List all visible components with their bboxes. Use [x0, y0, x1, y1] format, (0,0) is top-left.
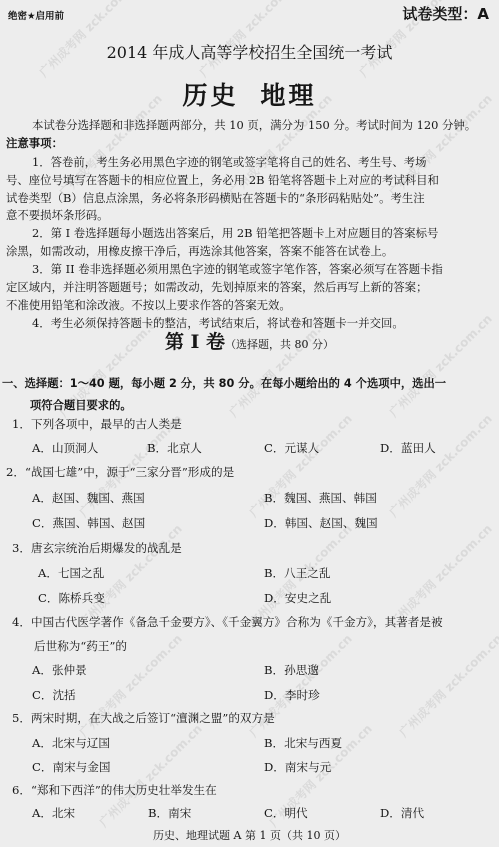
option-a: A．北宋与辽国	[32, 735, 110, 751]
exam-title: 2014 年成人高等学校招生全国统一考试	[0, 40, 499, 63]
option-a: A．赵国、魏国、燕国	[32, 490, 145, 506]
section-instruction-cont: 项符合题目要求的。	[30, 397, 132, 413]
notes-line: 2．第 I 卷选择题每小题选出答案后，用 2B 铅笔把答题卡上对应题目的答案标号	[32, 225, 438, 241]
notes-line: 涂黑，如需改动，用橡皮擦干净后，再选涂其他答案，答案不能答在试卷上。	[6, 243, 393, 259]
section-instruction: 一、选择题：1～40 题，每小题 2 分，共 80 分。在每小题给出的 4 个选…	[2, 375, 446, 391]
notes-line: 意不要损坏条形码。	[6, 207, 109, 223]
notes-line: 定区域内，并注明答题题号；如需改动，先划掉原来的答案，然后再写上新的答案；	[6, 279, 427, 295]
paper-type-label: 试卷类型：A	[402, 3, 489, 24]
option-a: A．张仲景	[32, 662, 87, 678]
option-d: D．南宋与元	[264, 759, 331, 775]
watermark: 广州成考网 zck.com.cn	[245, 573, 319, 647]
option-c: C．沈括	[32, 687, 76, 703]
notes-heading: 注意事项：	[6, 135, 63, 151]
option-d: D．蓝田人	[380, 440, 436, 456]
question-stem: 2．“战国七雄”中，源于“三家分晋”形成的是	[6, 464, 234, 480]
option-a: A．七国之乱	[38, 565, 104, 581]
option-c: C．燕国、韩国、赵国	[32, 515, 145, 531]
option-b: B．八王之乱	[264, 565, 331, 581]
notes-line: 不准使用铅笔和涂改液。不按以上要求作答的答案无效。	[6, 297, 291, 313]
question-stem: 4．中国古代医学著作《备急千金要方》、《千金翼方》合称为《千金方》，其著者是被	[12, 614, 443, 630]
option-c: C．陈桥兵变	[38, 590, 105, 606]
option-b: B．魏国、燕国、韩国	[264, 490, 377, 506]
option-b: B．南宋	[148, 805, 191, 821]
notes-line: 试卷类型（B）信息点涂黑，务必将条形码横贴在答题卡的“条形码粘贴处”。考生注	[6, 190, 425, 206]
notes-line: 号、座位号填写在答题卡的相应位置上，务必用 2B 铅笔将答题卡上对应的考试科目和	[6, 172, 439, 188]
option-c: C．元谋人	[264, 440, 319, 456]
option-b: B．北京人	[147, 440, 202, 456]
watermark: 广州成考网 zck.com.cn	[75, 573, 149, 647]
question-stem: 5．两宋时期，在大战之后签订“澶渊之盟”的双方是	[12, 710, 275, 726]
watermark: 广州成考网 zck.com.cn	[385, 463, 459, 537]
section-subtitle: （选择题，共 80 分）	[225, 338, 334, 351]
question-stem-cont: 后世称为“药王”的	[34, 638, 127, 654]
option-b: B．孙思邈	[264, 662, 319, 678]
subject-title: 历史地理	[0, 76, 499, 112]
section-title: 第 I 卷（选择题，共 80 分）	[0, 327, 499, 354]
subject-history: 历史	[182, 81, 238, 110]
watermark: 广州成考网 zck.com.cn	[395, 683, 469, 757]
option-c: C．南宋与金国	[32, 759, 110, 775]
question-stem: 3．唐玄宗统治后期爆发的战乱是	[12, 540, 182, 556]
page-footer: 历史、地理试题 A 第 1 页（共 10 页）	[0, 827, 499, 843]
option-d: D．韩国、赵国、魏国	[264, 515, 378, 531]
option-c: C．明代	[264, 805, 308, 821]
option-d: D．清代	[380, 805, 424, 821]
option-a: A．北宋	[32, 805, 75, 821]
question-stem: 6．“郑和下西洋”的伟大历史壮举发生在	[12, 782, 217, 798]
notes-line: 3．第 II 卷非选择题必须用黑色字迹的钢笔或签字笔作答，答案必须写在答题卡指	[32, 261, 443, 277]
option-b: B．北宋与西夏	[264, 735, 342, 751]
notes-line: 1．答卷前，考生务必用黑色字迹的钢笔或签字笔将自己的姓名、考生号、考场	[32, 154, 427, 170]
question-stem: 1．下列各项中，最早的古人类是	[12, 416, 182, 432]
option-a: A．山顶洞人	[32, 440, 98, 456]
watermark: 广州成考网 zck.com.cn	[385, 573, 459, 647]
intro-text: 本试卷分选择题和非选择题两部分，共 10 页，满分为 150 分。考试时间为 1…	[32, 117, 476, 133]
option-d: D．安史之乱	[264, 590, 331, 606]
confidential-label: 绝密★启用前	[8, 8, 64, 22]
option-d: D．李时珍	[264, 687, 320, 703]
section-name: 第 I 卷	[165, 331, 225, 353]
exam-page: 广州成考网 zck.com.cn 广州成考网 zck.com.cn 广州成考网 …	[0, 0, 499, 847]
subject-geography: 地理	[261, 81, 317, 110]
